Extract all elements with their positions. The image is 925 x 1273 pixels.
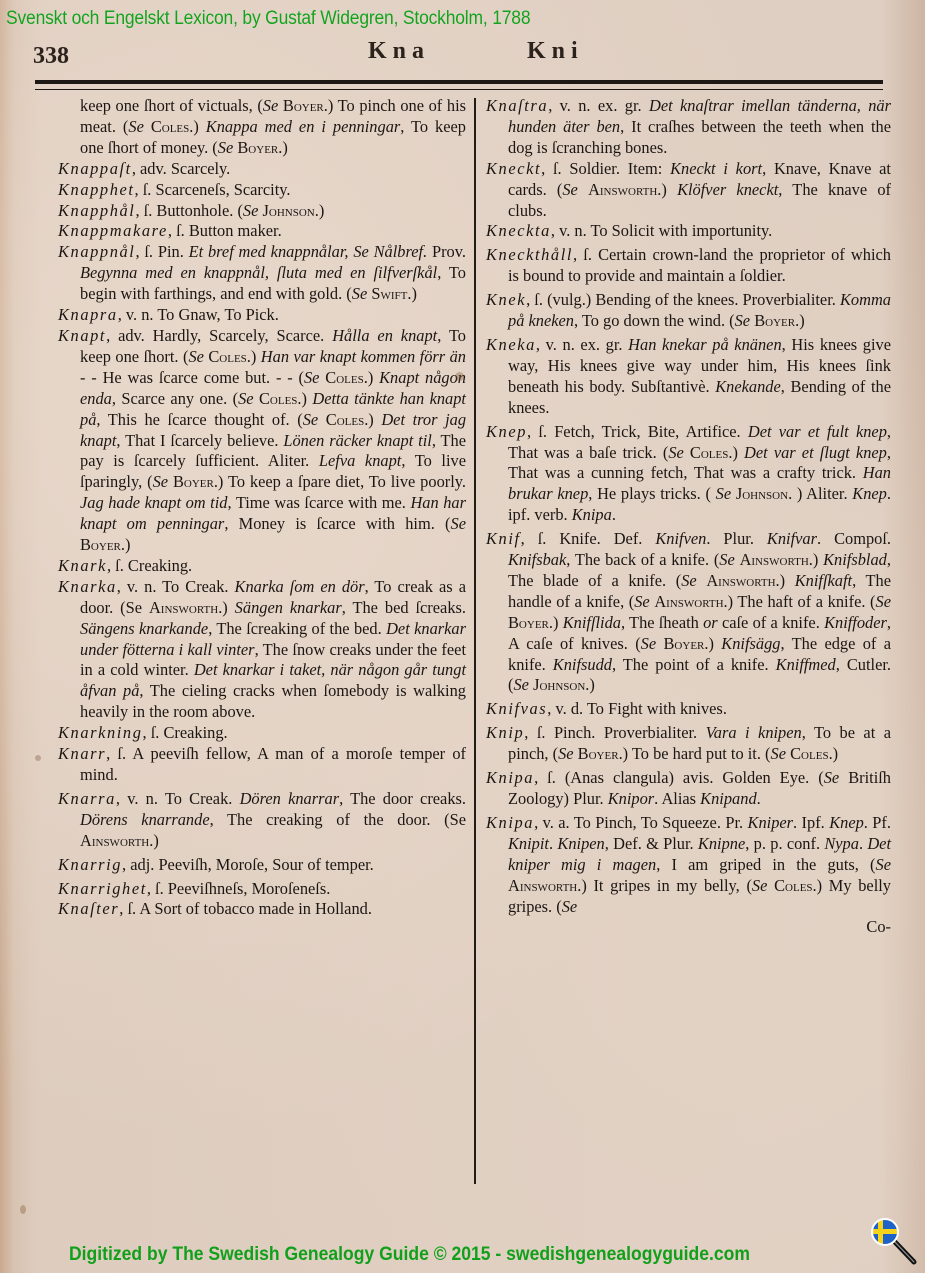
authority-citation: Boyer [80, 535, 121, 554]
dictionary-entry: Knappaſt, adv. Scarcely. [58, 159, 466, 180]
authority-citation: Coles [326, 410, 364, 429]
definition-text: , The creaking of the door. (Se [210, 810, 466, 829]
headword: Knappaſt [58, 159, 132, 178]
swedish-phrase: Et bref med knappnålar, Se Nålbref. [189, 242, 428, 261]
definition-text: , ſ. Fetch, Trick, Bite, Artifice. [527, 422, 748, 441]
authority-citation: Boyer [173, 472, 214, 491]
swedish-phrase: Knifſlida [563, 613, 621, 632]
definition-text: .) [218, 598, 234, 617]
watermark-credit: Digitized by The Swedish Genealogy Guide… [69, 1243, 750, 1266]
headword: Knappmakare [58, 221, 168, 240]
dictionary-entry: Knapt, adv. Hardly, Scarcely, Scarce. Hå… [58, 326, 466, 556]
catchword: Co- [486, 917, 891, 938]
swedish-flag-magnifier-icon [870, 1216, 925, 1268]
swedish-phrase: Se [451, 514, 466, 533]
swedish-phrase: Dörens knarrande [80, 810, 210, 829]
dictionary-entry: Knip, ſ. Pinch. Proverbialiter. Vara i k… [486, 723, 891, 765]
headword: Knapt [58, 326, 106, 345]
definition-text: , v. n. To Creak. [116, 789, 240, 808]
dictionary-entry: Knipa, v. a. To Pinch, To Squeeze. Pr. K… [486, 813, 891, 918]
dictionary-entry: Knek, ſ. (vulg.) Bending of the knees. P… [486, 290, 891, 332]
definition-text: , ſ. Pinch. Proverbialiter. [524, 723, 705, 742]
authority-citation: Swift [371, 284, 407, 303]
definition-text: .) [809, 550, 823, 569]
swedish-phrase: Se [716, 484, 731, 503]
authority-citation: Boyer [237, 138, 278, 157]
dictionary-entry: Knarrig, adj. Peeviſh, Moroſe, Sour of t… [58, 855, 466, 876]
dictionary-entry: Knark, ſ. Creaking. [58, 556, 466, 577]
definition-text: .) [315, 201, 325, 220]
page-number: 338 [33, 43, 69, 70]
definition-text: , v. n. ex. gr. [536, 335, 628, 354]
headword: Knapphål [58, 201, 135, 220]
headword: Knaſter [58, 899, 119, 918]
dictionary-entry: Knapphål, ſ. Buttonhole. (Se Johnson.) [58, 201, 466, 222]
swedish-phrase: Kniffmed [776, 655, 836, 674]
definition-text: . [757, 789, 761, 808]
definition-text: keep one ſhort of victuals, ( [80, 96, 263, 115]
authority-citation: Coles [259, 389, 297, 408]
swedish-phrase: Knifsbak [508, 550, 566, 569]
swedish-phrase: Se [153, 472, 168, 491]
swedish-phrase: Knipand [700, 789, 756, 808]
definition-text: .) [704, 634, 721, 653]
definition-text: .) To keep a ſpare diet, To live poorly. [214, 472, 466, 491]
definition-text: .) [407, 284, 417, 303]
running-head-left: Kna [368, 38, 430, 65]
definition-text: . [612, 505, 616, 524]
definition-text: .) [121, 535, 131, 554]
swedish-phrase: Knifven [655, 529, 706, 548]
definition-text: , The back of a knife. ( [566, 550, 719, 569]
dictionary-entry: Kneckthåll, ſ. Certain crown-land the pr… [486, 245, 891, 287]
headword: Knark [58, 556, 107, 575]
swedish-phrase: Se [558, 744, 573, 763]
headword: Knipa [486, 768, 534, 787]
authority-citation: Boyer [508, 613, 549, 632]
headword: Knarr [58, 744, 106, 763]
paper-stain [35, 755, 41, 761]
swedish-phrase: Det var et fult knep [748, 422, 887, 441]
swedish-phrase: Sängens knarkande [80, 619, 208, 638]
definition-text: . Pf. [864, 813, 891, 832]
swedish-phrase: Nypa [824, 834, 859, 853]
swedish-phrase: Se [562, 897, 577, 916]
definition-text: , To go down the wind. ( [574, 311, 735, 330]
dictionary-entry: Knif, ſ. Knife. Def. Knifven. Plur. Knif… [486, 529, 891, 696]
swedish-phrase: Kniper [748, 813, 794, 832]
definition-text: .) The haft of a knife. ( [724, 592, 876, 611]
swedish-phrase: Se [752, 876, 767, 895]
swedish-phrase: Knep [852, 484, 887, 503]
headword: Knep [486, 422, 527, 441]
authority-citation: Boyer [664, 634, 705, 653]
definition-text [697, 571, 707, 590]
swedish-phrase: Lefva knapt [319, 451, 401, 470]
swedish-phrase: Kneckt i kort [670, 159, 762, 178]
dictionary-entry: Knep, ſ. Fetch, Trick, Bite, Artifice. D… [486, 422, 891, 527]
header-double-rule-right [503, 80, 883, 90]
swedish-phrase: Se [128, 117, 143, 136]
definition-text: .) [585, 675, 595, 694]
headword: Knarra [58, 789, 116, 808]
swedish-phrase: Jag hade knapt om tid [80, 493, 227, 512]
definition-text: , v. d. To Fight with knives. [547, 699, 727, 718]
headword: Knip [486, 723, 524, 742]
definition-text: , I am griped in the guts, ( [656, 855, 875, 874]
definition-text: , ſ. Buttonhole. ( [135, 201, 242, 220]
headword: Knarka [58, 577, 117, 596]
definition-text: .) [829, 744, 839, 763]
definition-text: - - He was ſcarce come but. - - ( [80, 368, 304, 387]
definition-text: .) [728, 443, 744, 462]
definition-text: , Time was ſcarce with me. [227, 493, 410, 512]
definition-text [318, 410, 326, 429]
dictionary-entry: Kneckta, v. n. To Solicit with importuni… [486, 221, 891, 242]
dictionary-entry: Knarrighet, ſ. Peeviſhneſs, Moroſeneſs. [58, 879, 466, 900]
definition-text: caſe of a knife. [718, 613, 824, 632]
headword: Knappnål [58, 242, 135, 261]
swedish-phrase: Knifſkaft [795, 571, 852, 590]
headword: Knipa [486, 813, 534, 832]
authority-citation: Ainsworth [740, 550, 809, 569]
swedish-phrase: Knifsudd [553, 655, 612, 674]
authority-citation: Ainsworth [654, 592, 723, 611]
column-divider [474, 98, 476, 1184]
definition-text: , ſ. Creaking. [107, 556, 192, 575]
swedish-phrase: Se [218, 138, 233, 157]
paper-stain [20, 1205, 26, 1214]
swedish-phrase: Knipit [508, 834, 549, 853]
right-column: Knaſtra, v. n. ex. gr. Det knaſtrar imel… [486, 96, 891, 938]
definition-text: , v. n. To Solicit with importunity. [551, 221, 772, 240]
swedish-phrase: Klöfver kneckt [677, 180, 778, 199]
authority-citation: Boyer [578, 744, 619, 763]
swedish-phrase: Se [641, 634, 656, 653]
watermark-title: Svenskt och Engelskt Lexicon, by Gustaf … [6, 8, 530, 30]
definition-text: .) [189, 117, 206, 136]
swedish-phrase: Knep [829, 813, 864, 832]
headword: Kneka [486, 335, 536, 354]
definition-text: .) [247, 347, 261, 366]
swedish-phrase: Se [263, 96, 278, 115]
dictionary-entry: keep one ſhort of victuals, (Se Boyer.) … [58, 96, 466, 159]
dictionary-entry: Knappnål, ſ. Pin. Et bref med knappnålar… [58, 242, 466, 305]
dictionary-entry: Knappmakare, ſ. Button maker. [58, 221, 466, 242]
authority-citation: Coles [151, 117, 189, 136]
definition-text: , ſ. Scarceneſs, Scarcity. [135, 180, 291, 199]
definition-text: .) [278, 138, 288, 157]
headword: Knapra [58, 305, 118, 324]
authority-citation: Johnson [533, 675, 585, 694]
swedish-phrase: Knappa med en i penningar [206, 117, 400, 136]
headword: Knarrig [58, 855, 122, 874]
headword: Knarrighet [58, 879, 147, 898]
swedish-phrase: Se [304, 368, 319, 387]
definition-text: , ſ. Creaking. [143, 723, 228, 742]
running-head-right: Kni [527, 38, 584, 65]
dictionary-entry: Kneka, v. n. ex. gr. Han knekar på knäne… [486, 335, 891, 419]
definition-text: .) To be hard put to it. ( [619, 744, 771, 763]
authority-citation: Johnson [736, 484, 788, 503]
definition-text: , ſ. A peeviſh fellow, A man of a moroſe… [80, 744, 466, 784]
definition-text: .) [297, 389, 312, 408]
definition-text: . Plur. [706, 529, 767, 548]
definition-text: , ſ. A Sort of tobacco made in Holland. [119, 899, 372, 918]
swedish-phrase: Se [771, 744, 786, 763]
swedish-phrase: Vara i knipen [706, 723, 802, 742]
definition-text: , This he ſcarce thought of. ( [96, 410, 302, 429]
swedish-phrase: Begynna med en knappnål, ſluta med en ſi… [80, 263, 437, 282]
swedish-phrase: Knipen [557, 834, 604, 853]
definition-text [578, 180, 588, 199]
definition-text: .) [149, 831, 159, 850]
definition-text: .) It gripes in my belly, ( [577, 876, 752, 895]
swedish-phrase: Knipa [572, 505, 612, 524]
definition-text: .) [776, 571, 795, 590]
dictionary-entry: Knifvas, v. d. To Fight with knives. [486, 699, 891, 720]
swedish-phrase: Se [719, 550, 734, 569]
dictionary-entry: Knarka, v. n. To Creak. Knarka ſom en dö… [58, 577, 466, 723]
headword: Knapphet [58, 180, 135, 199]
definition-text: , ſ. (Anas clangula) avis. Golden Eye. ( [534, 768, 824, 787]
swedish-phrase: Se [562, 180, 577, 199]
authority-citation: Ainsworth [149, 598, 218, 617]
dictionary-entry: Knaſter, ſ. A Sort of tobacco made in Ho… [58, 899, 466, 920]
authority-citation: Johnson [263, 201, 315, 220]
definition-text: , ſ. Button maker. [168, 221, 282, 240]
left-column: keep one ſhort of victuals, (Se Boyer.) … [58, 96, 466, 920]
headword: Knaſtra [486, 96, 548, 115]
definition-text: .) [364, 410, 381, 429]
headword: Kneckthåll [486, 245, 573, 264]
dictionary-entry: Knarkning, ſ. Creaking. [58, 723, 466, 744]
definition-text: , ſ. Knife. Def. [521, 529, 656, 548]
definition-text: , Def. & Plur. [605, 834, 698, 853]
swedish-phrase: Knifsblad [823, 550, 887, 569]
running-head: 338 Kna Kni [0, 38, 925, 72]
definition-text: , adj. Peeviſh, Moroſe, Sour of temper. [122, 855, 374, 874]
definition-text: , He plays tricks. ( [588, 484, 715, 503]
dictionary-entry: Knapphet, ſ. Scarceneſs, Scarcity. [58, 180, 466, 201]
definition-text: , The ſcreaking of the bed. [208, 619, 386, 638]
swedish-phrase: or [703, 613, 718, 632]
definition-text: .) [657, 180, 677, 199]
swedish-phrase: Se [681, 571, 696, 590]
swedish-phrase: Se [238, 389, 253, 408]
authority-citation: Boyer [754, 311, 795, 330]
definition-text: , v. a. To Pinch, To Squeeze. Pr. [534, 813, 747, 832]
definition-text: , p. p. conf. [745, 834, 824, 853]
swedish-phrase: Se [824, 768, 839, 787]
headword: Knifvas [486, 699, 547, 718]
definition-text: , That I ſcarcely believe. [116, 431, 283, 450]
swedish-phrase: Se [634, 592, 649, 611]
definition-text: . Alias [654, 789, 700, 808]
swedish-phrase: Lönen räcker knapt til [283, 431, 431, 450]
definition-text: , v. n. To Gnaw, To Pick. [118, 305, 279, 324]
definition-text: . Ipf. [793, 813, 829, 832]
definition-text: Prov. [427, 242, 466, 261]
definition-text: , Scarce any one. ( [112, 389, 238, 408]
headword: Kneckta [486, 221, 551, 240]
definition-text: , ſ. Pin. [135, 242, 188, 261]
definition-text: . Compoſ. [817, 529, 891, 548]
swedish-phrase: Se [668, 443, 683, 462]
definition-text: , v. n. To Creak. [117, 577, 235, 596]
authority-citation: Boyer [283, 96, 324, 115]
definition-text: .) [364, 368, 379, 387]
swedish-phrase: Han knekar på knänen [628, 335, 782, 354]
swedish-phrase: Knarka ſom en dör [235, 577, 365, 596]
definition-text: , The door creaks. [339, 789, 466, 808]
swedish-phrase: Se [243, 201, 258, 220]
definition-text: . ) Aliter. [788, 484, 852, 503]
authority-citation: Coles [690, 443, 728, 462]
authority-citation: Coles [325, 368, 363, 387]
swedish-phrase: Dören knarrar [240, 789, 339, 808]
dictionary-entry: Knarr, ſ. A peeviſh fellow, A man of a m… [58, 744, 466, 786]
swedish-phrase: Han var knapt kommen förr än [261, 347, 466, 366]
swedish-phrase: Se [188, 347, 203, 366]
swedish-phrase: Hålla en knapt [332, 326, 437, 345]
definition-text: , The point of a knife. [612, 655, 776, 674]
authority-citation: Ainsworth [508, 876, 577, 895]
dictionary-entry: Knaſtra, v. n. ex. gr. Det knaſtrar imel… [486, 96, 891, 159]
authority-citation: Ainsworth [706, 571, 775, 590]
dictionary-entry: Knapra, v. n. To Gnaw, To Pick. [58, 305, 466, 326]
paper-stain [455, 372, 464, 381]
headword: Knif [486, 529, 521, 548]
swedish-phrase: Knekande [715, 377, 781, 396]
headword: Knarkning [58, 723, 143, 742]
authority-citation: Ainsworth [80, 831, 149, 850]
definition-text: , The bed ſcreaks. [342, 598, 466, 617]
header-double-rule [35, 80, 503, 90]
swedish-phrase: Det var et ſlugt knep [744, 443, 887, 462]
definition-text: , Money is ſcarce with him. ( [224, 514, 450, 533]
definition-text: , ſ. Soldier. Item: [541, 159, 670, 178]
dictionary-entry: Kneckt, ſ. Soldier. Item: Kneckt i kort,… [486, 159, 891, 222]
swedish-phrase: Kniffoder [824, 613, 887, 632]
definition-text: , ſ. (vulg.) Bending of the knees. Prove… [526, 290, 840, 309]
dictionary-entry: Knipa, ſ. (Anas clangula) avis. Golden E… [486, 768, 891, 810]
definition-text: , The ſheath [621, 613, 703, 632]
definition-text [656, 634, 663, 653]
swedish-phrase: Se [352, 284, 367, 303]
authority-citation: Coles [208, 347, 246, 366]
swedish-phrase: Se [876, 592, 891, 611]
authority-citation: Coles [790, 744, 828, 763]
authority-citation: Ainsworth [588, 180, 657, 199]
headword: Knek [486, 290, 526, 309]
definition-text: , ſ. Peeviſhneſs, Moroſeneſs. [147, 879, 330, 898]
definition-text: .) [549, 613, 563, 632]
swedish-phrase: Knifvar [767, 529, 817, 548]
definition-text: , adv. Scarcely. [132, 159, 230, 178]
definition-text [144, 117, 151, 136]
swedish-phrase: Se [735, 311, 750, 330]
definition-text: , v. n. ex. gr. [548, 96, 649, 115]
swedish-phrase: Knipor [608, 789, 654, 808]
swedish-phrase: Se [513, 675, 528, 694]
swedish-phrase: Sängen knarkar [235, 598, 342, 617]
dictionary-entry: Knarra, v. n. To Creak. Dören knarrar, T… [58, 789, 466, 852]
swedish-phrase: Se [303, 410, 318, 429]
definition-text: .) [795, 311, 805, 330]
swedish-phrase: Knipne [698, 834, 745, 853]
swedish-phrase: Se [876, 855, 891, 874]
headword: Kneckt [486, 159, 541, 178]
authority-citation: Coles [774, 876, 812, 895]
definition-text: , adv. Hardly, Scarcely, Scarce. [106, 326, 332, 345]
swedish-phrase: Knifsägg [721, 634, 780, 653]
